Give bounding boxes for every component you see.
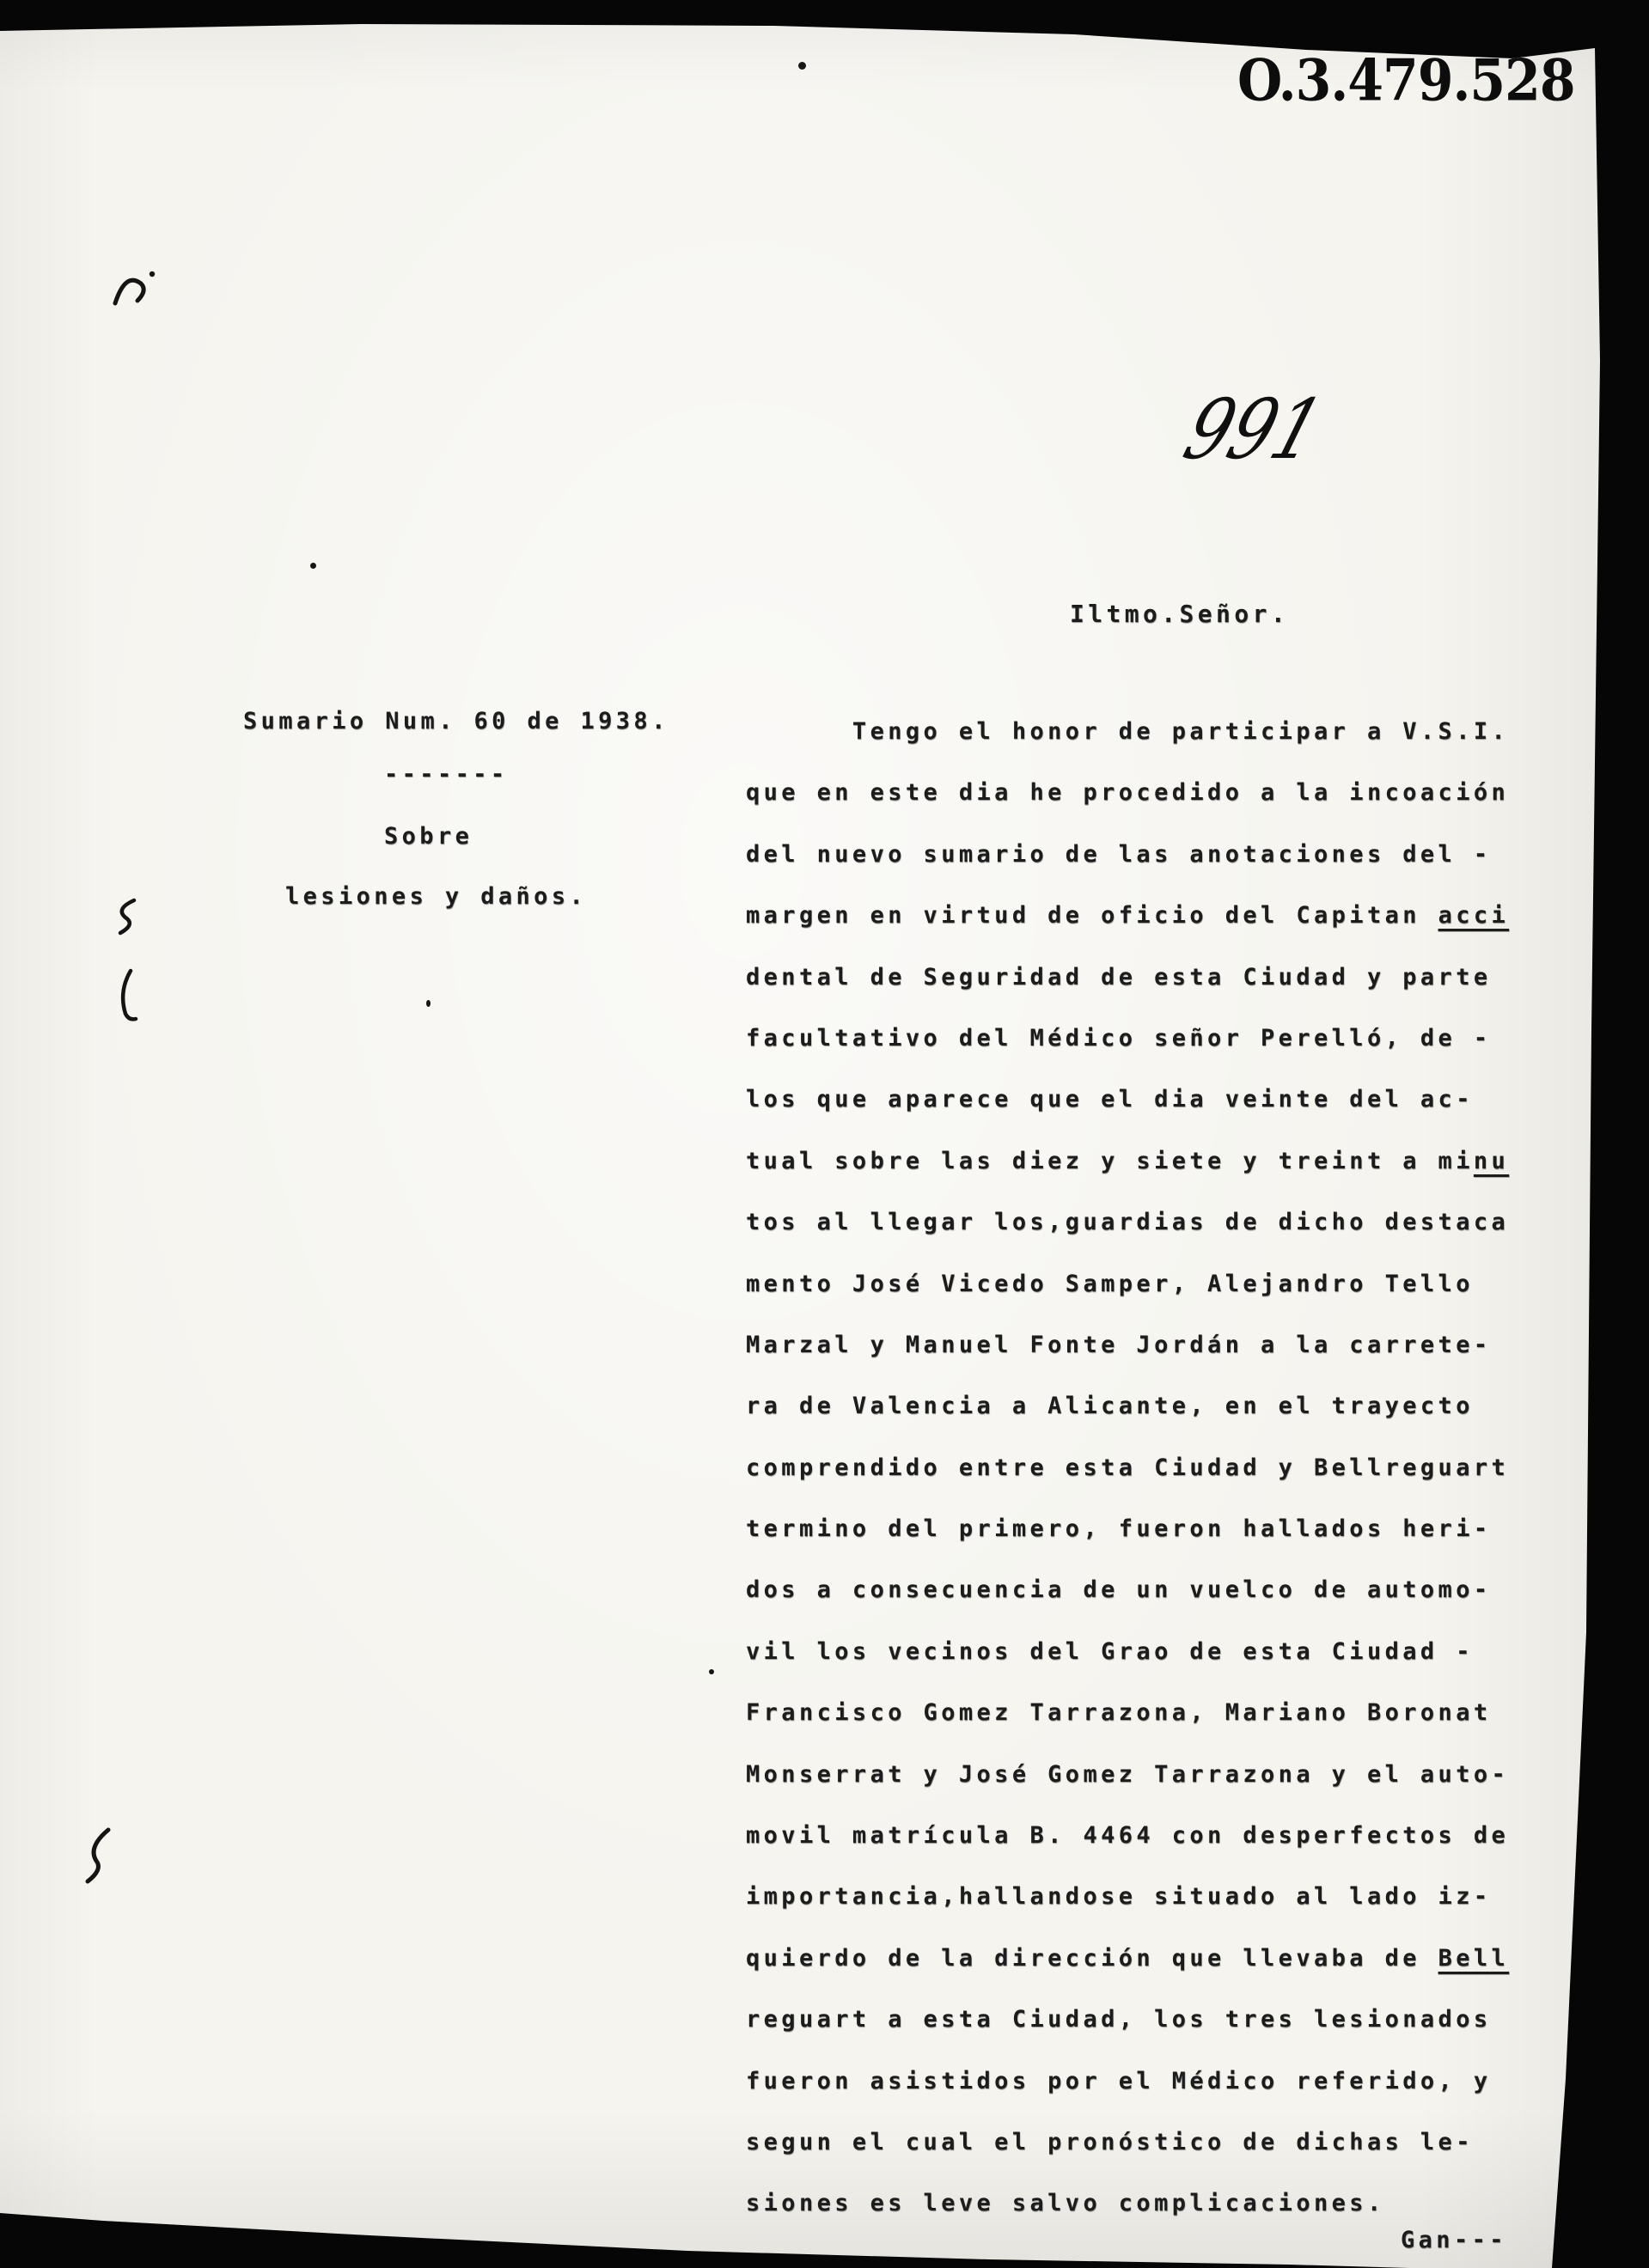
ink-speck [426,1000,431,1007]
body-line: segun el cual el pronóstico de dichas le… [746,2129,1571,2190]
handwritten-page-number: 991 [1174,381,1334,478]
handwritten-mark [72,1821,122,1890]
ink-speck [709,1669,714,1674]
body-line: facultativo del Médico señor Perelló, de… [746,1025,1571,1086]
paper-sheet: O.3.479.528 991 Iltmo.Señor. Sumario Num… [0,0,1649,2268]
handwritten-mark [107,893,146,940]
body-line: quierdo de la dirección que llevaba de B… [746,1945,1571,2006]
body-line: dental de Seguridad de esta Ciudad y par… [746,964,1571,1025]
body-line: Tengo el honor de participar a V.S.I. [746,718,1571,779]
margin-subject: lesiones y daños. [285,883,587,910]
body-line: fueron asistidos por el Médico referido,… [746,2068,1571,2129]
margin-subject-label: Sobre [384,823,473,850]
body-line: margen en virtud de oficio del Capitan a… [746,902,1571,963]
ink-speck [798,62,806,70]
body-line: ra de Valencia a Alicante, en el trayect… [746,1393,1571,1454]
body-line: importancia,hallandose situado al lado i… [746,1883,1571,1944]
body-line: que en este dia he procedido a la incoac… [746,779,1571,840]
body-line: tual sobre las diez y siete y treint a m… [746,1148,1571,1209]
salutation: Iltmo.Señor. [1070,600,1289,628]
handwritten-mark [107,256,167,316]
body-line: tos al llegar los,guardias de dicho dest… [746,1209,1571,1270]
underlined-word-fragment: acci [1438,902,1510,929]
underlined-word-fragment: Bell [1438,1945,1510,1972]
margin-separator: ------- [384,761,509,788]
catchword: Gan--- [1401,2227,1507,2253]
body-line: Monserrat y José Gomez Tarrazona y el au… [746,1761,1571,1822]
body-line: dos a consecuencia de un vuelco de autom… [746,1576,1571,1637]
body-line: del nuevo sumario de las anotaciones del… [746,841,1571,902]
body-text: Tengo el honor de participar a V.S.I.que… [746,718,1571,2252]
body-line: Francisco Gomez Tarrazona, Mariano Boron… [746,1699,1571,1760]
body-line: termino del primero, fueron hallados her… [746,1515,1571,1576]
body-line: Marzal y Manuel Fonte Jordán a la carret… [746,1332,1571,1393]
body-line: movil matrícula B. 4464 con desperfectos… [746,1822,1571,1883]
body-line: mento José Vicedo Samper, Alejandro Tell… [746,1271,1571,1332]
reference-number-stamp: O.3.479.528 [1237,48,1575,114]
margin-case-line: Sumario Num. 60 de 1938. [243,708,669,735]
body-line: comprendido entre esta Ciudad y Bellregu… [746,1454,1571,1515]
body-line: vil los vecinos del Grao de esta Ciudad … [746,1638,1571,1699]
handwritten-mark [110,966,143,1026]
body-line: los que aparece que el dia veinte del ac… [746,1086,1571,1147]
ink-speck [310,563,316,569]
scanned-document-page: O.3.479.528 991 Iltmo.Señor. Sumario Num… [0,0,1649,2268]
body-line: reguart a esta Ciudad, los tres lesionad… [746,2006,1571,2067]
underlined-word-fragment: nu [1474,1148,1509,1174]
